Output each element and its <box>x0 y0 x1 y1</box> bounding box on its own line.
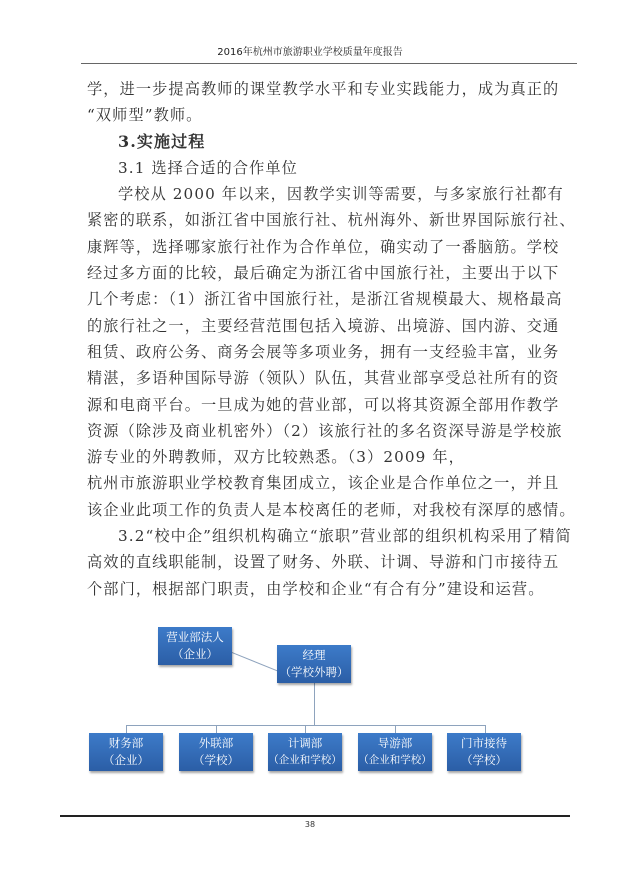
page-number: 38 <box>0 820 620 829</box>
org-box-subtitle: （企业和学校） <box>358 752 432 769</box>
paragraph-line: 康辉等，选择哪家旅行社作为合作单位，确实动了一番脑筋。学校 <box>87 234 573 260</box>
org-box-title: 经理 <box>277 647 351 664</box>
org-box-subtitle: （企业和学校） <box>268 752 342 769</box>
org-box-title: 计调部 <box>268 735 342 752</box>
connector-drop <box>395 725 396 733</box>
paragraph-line: 该企业此项工作的负责人是本校离任的老师，对我校有深厚的感情。 <box>87 497 573 523</box>
connector-legal-to-manager <box>232 652 279 672</box>
connector-manager-down <box>314 683 315 725</box>
paragraph-line: 游专业的外聘教师，双方比较熟悉。（3）2009 年， <box>87 444 573 470</box>
org-box-planning: 计调部 （企业和学校） <box>268 733 342 771</box>
paragraph-line: 几个考虑：（1）浙江省中国旅行社，是浙江省规模最大、规格最高 <box>87 286 573 312</box>
org-box-title: 财务部 <box>89 735 163 752</box>
paragraph-line: 源和电商平台。一旦成为她的营业部，可以将其资源全部用作教学 <box>87 392 573 418</box>
connector-drop <box>126 725 127 733</box>
paragraph-line: 精湛，多语种国际导游（领队）队伍，其营业部享受总社所有的资 <box>87 365 573 391</box>
org-box-manager: 经理 （学校外聘） <box>277 645 351 683</box>
footer-rule <box>60 815 570 817</box>
paragraph-line: 租赁、政府公务、商务会展等多项业务，拥有一支经验丰富，业务 <box>87 339 573 365</box>
org-box-title: 门市接待 <box>447 735 521 752</box>
paragraph-line: 3.2“校中企”组织机构确立“旅职”营业部的组织机构采用了精简 <box>87 523 573 549</box>
org-box-title: 外联部 <box>179 735 253 752</box>
org-box-title: 营业部法人 <box>158 629 232 646</box>
page-header-title: 2016年杭州市旅游职业学校质量年度报告 <box>0 43 620 58</box>
org-box-subtitle: （企业） <box>89 752 163 769</box>
paragraph-line: 学，进一步提高教师的课堂教学水平和专业实践能力，成为真正的 <box>87 76 573 102</box>
paragraph-line: “双师型”教师。 <box>87 102 573 128</box>
org-box-legal-person: 营业部法人 （企业） <box>158 627 232 665</box>
org-box-subtitle: （企业） <box>158 646 232 663</box>
paragraph-line: 杭州市旅游职业学校教育集团成立，该企业是合作单位之一，并且 <box>87 470 573 496</box>
paragraph-line: 个部门，根据部门职责，由学校和企业“有合有分”建设和运营。 <box>87 576 573 602</box>
paragraph-line: 学校从 2000 年以来，因教学实训等需要，与多家旅行社都有 <box>87 181 573 207</box>
header-rule <box>81 63 577 64</box>
org-box-title: 导游部 <box>358 735 432 752</box>
section-heading: 3.实施过程 <box>87 129 573 155</box>
org-box-subtitle: （学校） <box>447 752 521 769</box>
subsection-heading: 3.1 选择合适的合作单位 <box>87 155 573 181</box>
connector-bus <box>126 725 486 726</box>
paragraph-line: 高效的直线职能制，设置了财务、外联、计调、导游和门市接待五 <box>87 549 573 575</box>
connector-drop <box>216 725 217 733</box>
org-box-finance: 财务部 （企业） <box>89 733 163 771</box>
org-box-tour-guide: 导游部 （企业和学校） <box>358 733 432 771</box>
org-box-storefront-reception: 门市接待 （学校） <box>447 733 521 771</box>
paragraph-line: 资源（除涉及商业机密外）（2）该旅行社的多名资深导游是学校旅 <box>87 418 573 444</box>
connector-drop <box>485 725 486 733</box>
org-box-external-liaison: 外联部 （学校） <box>179 733 253 771</box>
org-box-subtitle: （学校） <box>179 752 253 769</box>
connector-drop <box>305 725 306 733</box>
org-box-subtitle: （学校外聘） <box>277 664 351 681</box>
body-text: 学，进一步提高教师的课堂教学水平和专业实践能力，成为真正的 “双师型”教师。 3… <box>87 76 573 602</box>
paragraph-line: 经过多方面的比较，最后确定为浙江省中国旅行社，主要出于以下 <box>87 260 573 286</box>
paragraph-line: 的旅行社之一，主要经营范围包括入境游、出境游、国内游、交通 <box>87 313 573 339</box>
paragraph-line: 紧密的联系，如浙江省中国旅行社、杭州海外、新世界国际旅行社、 <box>87 207 573 233</box>
